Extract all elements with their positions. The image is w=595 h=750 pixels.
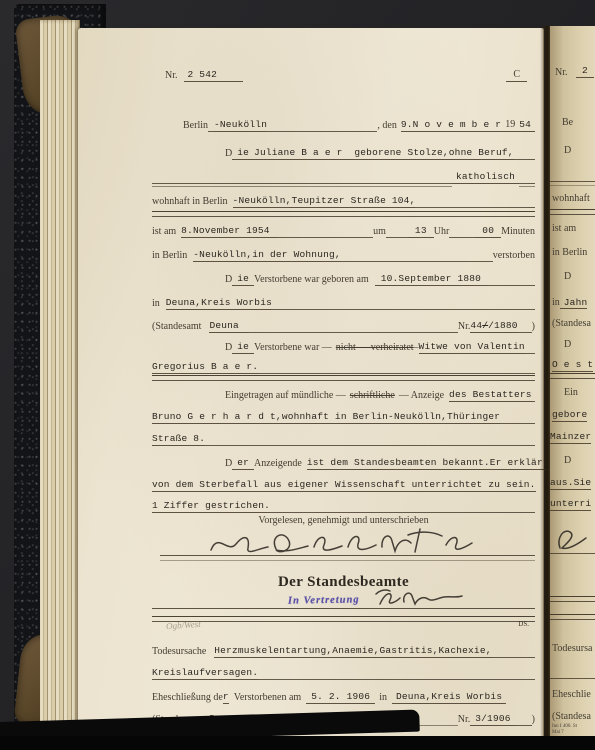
cause-label-fragment: Todesursa [552,642,592,655]
um-label: um [373,225,386,238]
report-row-1: Eingetragen auf mündliche — schriftliche… [152,388,535,402]
d-printed: D [564,454,571,467]
declarant-row-3: 1 Ziffer gestrichen. [152,499,535,513]
marriage-place: Deuna,Kreis Worbis [392,690,506,704]
declarant-statement-1: ist dem Standesbeamten bekannt.Er erklär… [307,456,578,470]
minuten-label: Minuten [501,225,535,238]
birth-place-row: in Deuna,Kreis Worbis [152,296,535,310]
nr-label: Nr. [458,320,471,333]
typed-fragment-aussie: aus.Sie [550,476,591,490]
reporter-street: Straße 8. [152,432,205,446]
death-hour: 13 [408,224,434,238]
nr-label: Nr. [165,69,178,82]
section-rule-3 [152,616,535,622]
place-date-row: Berlin -Neukölln , den 9.N o v e m b e r… [152,118,535,132]
decedent-name-row: D ie Juliane B a e r geborene Stolze,ohn… [152,146,535,160]
register-page-right-edge: Nr. 2 Be D wohnhaft ist am in Berlin D i… [550,26,595,740]
ist-am-label: ist am [552,222,576,235]
birth-registry-row: (Standesamt Deuna Nr. 44//1880 ) [152,319,535,333]
photographed-register-book: Nr. 2 542 C Berlin -Neukölln , den 9.N o… [0,0,595,750]
standesamt-label-fragment: (Standesa [552,317,591,330]
marriage-label-2: Verstorbenen am [234,691,301,704]
place-label: Berlin [183,119,208,132]
report-row-3: Straße 8. [152,432,535,446]
d-suffix-typed: ie [232,146,254,160]
typed-fragment-unterri: unterri [550,497,591,511]
section-rule [550,209,595,215]
birth-place-typed: Jahn [560,297,588,309]
residence-value: -Neukölln,Teupitzer Straße 104, [233,194,416,208]
d-printed: D [564,270,571,283]
place-value: -Neukölln [214,118,267,132]
marital-status-row-2: Gregorius B a e r. [152,360,535,374]
religion-row: katholisch [152,170,535,184]
d-printed: D [225,341,232,354]
marriage-date: 5. 2. 1906 [306,690,375,704]
cause-value-2: Kreislaufversagen. [152,666,258,680]
birth-registry-number: 44//1880 [470,319,517,333]
section-rule-2 [152,375,535,381]
marital-struck-options: nicht — verheiratet [336,341,414,354]
marriage-row: Eheschließung de r Verstorbenen am 5. 2.… [152,690,535,704]
marriage-in-label: in [379,691,387,704]
ds-mark: DS. [518,620,529,628]
in-berlin-label: in Berlin [152,249,187,262]
signature-fragment [554,524,594,552]
birth-place-fragment: inJahn [552,294,587,309]
correction-note: 1 Ziffer gestrichen. [152,499,270,513]
anzeige-label: — Anzeige [399,389,444,402]
year-value: 54 [515,118,535,132]
birth-date-row: D ie Verstorbene war geboren am 10.Septe… [152,272,535,286]
year-prefix: 19 [501,118,515,132]
signature-rule [160,555,535,556]
typed-fragment-mainzer: Mainzer [550,430,591,444]
eingetragen-fragment: Ein [564,386,578,399]
death-date: 8.November 1954 [181,224,278,238]
uhr-label: Uhr [434,225,450,238]
anzeigende-label: Anzeigende [254,457,302,470]
signature-rule-2 [160,560,535,561]
marriage-r-typed: r [223,690,229,704]
declarant-signature [206,524,474,558]
register-page-left: Nr. 2 542 C Berlin -Neukölln , den 9.N o… [78,28,543,742]
marriage-label-fragment: Eheschlie [552,688,591,701]
death-report-date: 9.N o v e m b e r [401,118,501,132]
eingetragen-label: Eingetragen auf mündliche — [225,389,346,402]
marital-value-line2: Gregorius B a e r. [152,360,258,374]
birth-place-value: Deuna,Kreis Worbis [166,296,272,310]
reg-number-part: 44 [470,320,482,331]
nr-label: Nr. [458,713,471,726]
declarant-row-2: von dem Sterbefall aus eigener Wissensch… [152,478,535,492]
ist-am-label: ist am [152,225,176,238]
death-minute: 00 [475,224,501,238]
section-rule [550,373,595,379]
marital-value-line1: Witwe von Valentin [419,340,525,354]
decedent-name: Juliane B a e r geborene Stolze,ohne Ber… [254,146,514,160]
born-label: Verstorbene war geboren am [254,273,369,286]
registrar-signature [370,586,466,612]
marital-label: Verstorbene war — [254,341,332,354]
reporter-name-address: Bruno G e r h a r d t,wohnhaft in Berlin… [152,410,500,424]
standesamt-label-fragment: (Standesa [552,710,591,723]
standesamt-label: (Standesamt [152,320,201,333]
report-row-2: Bruno G e r h a r d t,wohnhaft in Berlin… [152,410,535,424]
section-rule [550,596,595,602]
birth-date: 10.September 1880 [375,272,487,286]
declarant-row-1: D er Anzeigende ist dem Standesbeamten b… [152,456,535,470]
reg-number-part: /1880 [488,320,518,331]
residence-label-fragment: wohnhaft [552,192,590,205]
in-label: in [552,297,560,308]
corner-mark: C [506,68,527,82]
section-rule-1 [152,211,535,217]
d-printed: D [225,457,232,470]
registration-number-row: Nr. 2 542 C [152,68,535,82]
death-place-row: in Berlin -Neukölln,in der Wohnung, vers… [152,248,535,262]
nr-value: 2 542 [184,68,244,82]
reporter-role: des Bestatters [449,388,532,402]
cause-of-death-row-2: Kreislaufversagen. [152,666,535,680]
registrar-signature-rule [152,608,535,609]
rule [550,678,595,679]
religion-value: katholisch [452,170,519,184]
pencil-note: Ogb/West [166,619,201,631]
rule [550,553,595,554]
cause-value-1: Herzmuskelentartung,Anaemie,Gastritis,Ka… [214,644,491,658]
marital-status-row: D ie Verstorbene war — nicht — verheirat… [152,340,535,354]
d-printed: D [225,273,232,286]
residence-row: wohnhaft in Berlin -Neukölln,Teupitzer S… [152,194,535,208]
typed-fragment-oest: O e s t [552,358,593,372]
nr-value: 2 [576,64,594,78]
in-vertretung-stamp: In Vertretung [288,594,360,606]
rule [550,185,595,186]
nr-label: Nr. [555,66,568,79]
paren-close: ) [532,320,535,333]
residence-label: wohnhaft in Berlin [152,195,228,208]
in-label: in [152,297,160,310]
marriage-registry-number: 3/1906 [470,712,515,726]
d-printed: D [564,144,571,157]
page-edge-stack [40,20,80,744]
section-rule [550,614,595,620]
den-label: , den [377,119,396,132]
d-suffix-typed: ie [232,272,254,286]
marriage-label-1: Eheschließung de [152,691,223,704]
cause-label: Todesursache [152,645,206,658]
d-suffix-typed: er [232,456,254,470]
d-suffix-typed: ie [232,340,254,354]
verstorben-label: verstorben [493,249,535,262]
place-label-fragment: Be [562,116,573,129]
paren-close: ) [532,713,535,726]
in-berlin-label: in Berlin [552,246,587,259]
declarant-statement-2: von dem Sterbefall aus eigener Wissensch… [152,478,536,492]
registrar-heading: Der Standesbeamte [152,574,535,591]
rule [550,181,595,182]
cause-of-death-row: Todesursache Herzmuskelentartung,Anaemie… [152,644,535,658]
schriftliche-struck: schriftliche [350,389,395,402]
photo-bottom-edge [0,736,595,750]
death-datetime-row: ist am 8.November 1954 um 13 Uhr 00 Minu… [152,224,535,238]
death-place-value: -Neukölln,in der Wohnung, [193,248,341,262]
birth-registry-office: Deuna [209,319,249,333]
d-printed: D [225,147,232,160]
d-printed: D [564,338,571,351]
typed-fragment-gebore: gebore [552,408,587,422]
